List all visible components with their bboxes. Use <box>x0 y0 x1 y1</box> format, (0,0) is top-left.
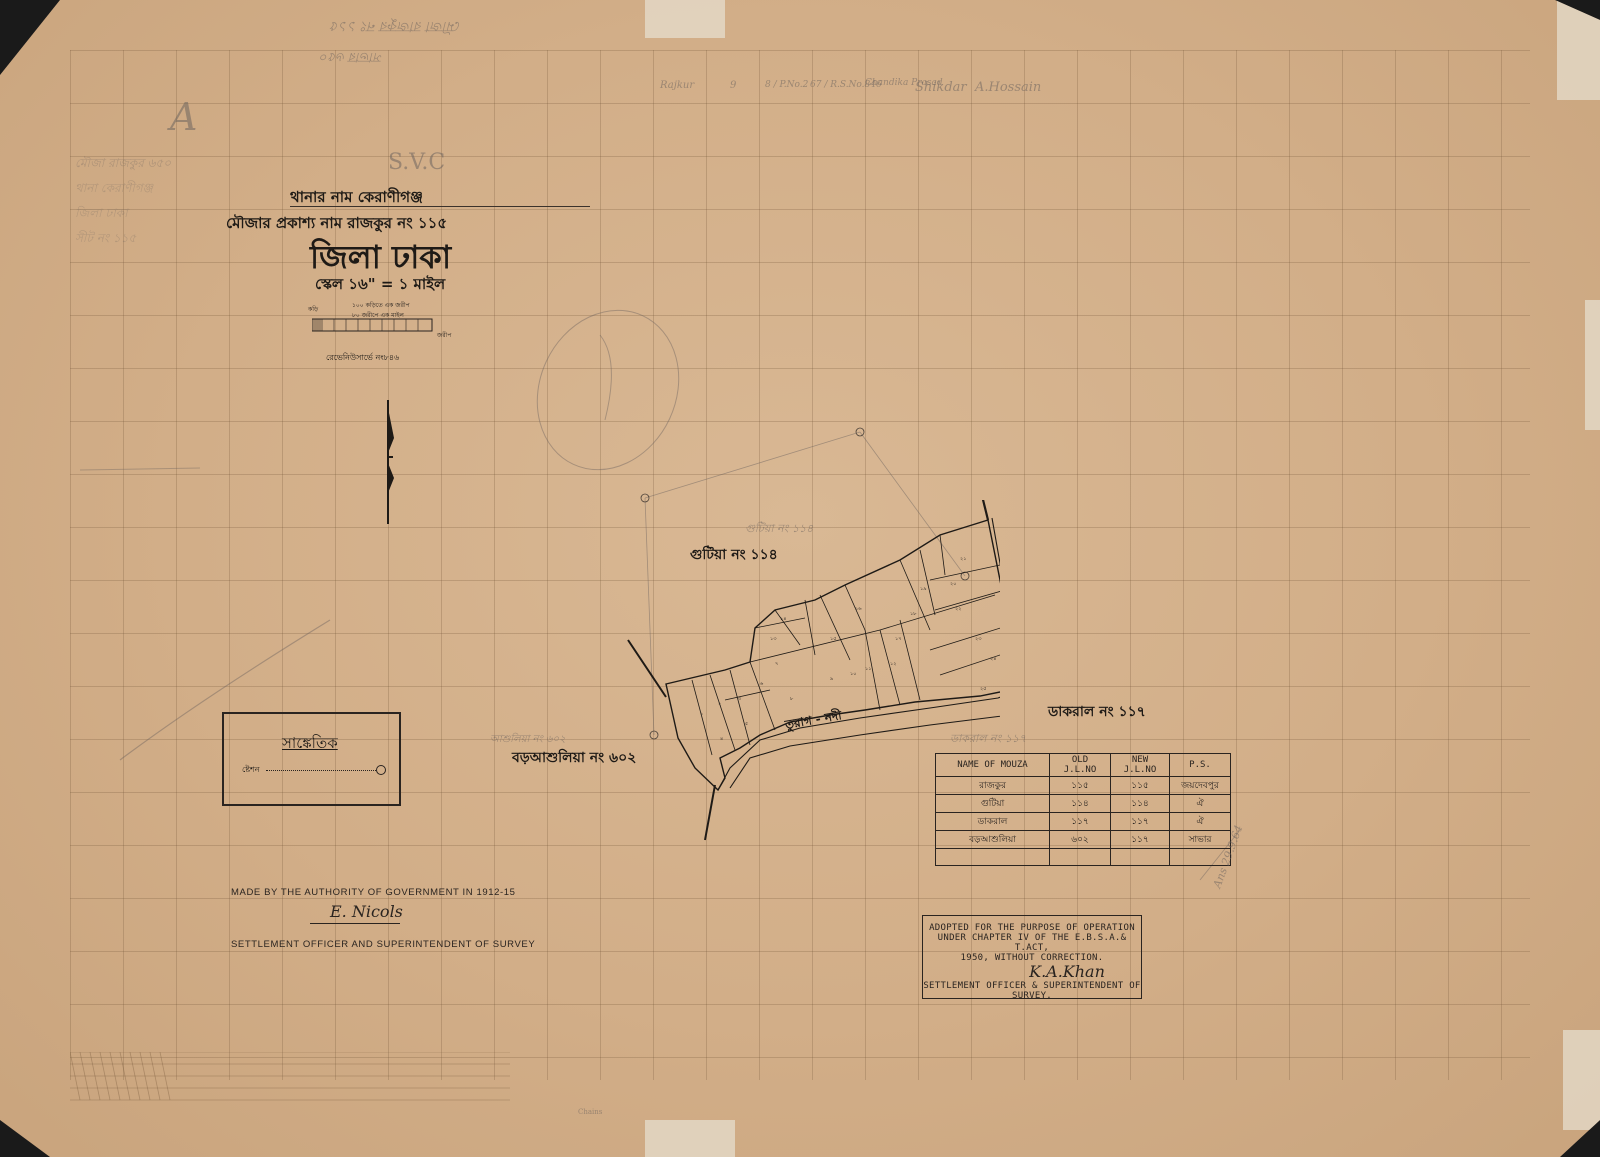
legend-title: সাঙ্কেতিক <box>282 732 338 757</box>
svg-text:৮: ৮ <box>790 696 794 702</box>
svg-text:২৫: ২৫ <box>980 686 987 692</box>
pencil-neighbour-dakral: ডাকরাল নং ১১৭ <box>950 730 1026 749</box>
legend-station-label: ষ্টেশন <box>242 764 260 777</box>
svg-text:২২: ২২ <box>955 606 962 612</box>
neighbour-label-dakral: ডাকরাল নং ১১৭ <box>1048 700 1146 724</box>
svg-text:৭: ৭ <box>775 661 778 667</box>
col-old-jl-no: OLD J.L.NO <box>1050 754 1111 777</box>
made-by-authority: MADE BY THE AUTHORITY OF GOVERNMENT IN 1… <box>231 887 516 898</box>
table-row: ডাকরাল ১১৭ ১১৭ ঐ <box>936 813 1231 831</box>
signature-underline <box>310 923 400 924</box>
adopt-officer-1: SETTLEMENT OFFICER & SUPERINTENDENT OF <box>923 981 1141 991</box>
svg-text:১০: ১০ <box>850 671 857 677</box>
adopt-officer-2: SURVEY. <box>923 991 1141 1001</box>
svg-text:৩: ৩ <box>738 696 742 702</box>
svg-text:২৩: ২৩ <box>975 636 982 642</box>
svg-text:৬: ৬ <box>760 681 764 687</box>
svg-text:১৪: ১৪ <box>780 616 787 622</box>
svg-text:২: ২ <box>718 701 721 707</box>
svg-text:১৭: ১৭ <box>895 636 902 642</box>
svg-text:১৬: ১৬ <box>855 606 862 612</box>
svg-text:১৮: ১৮ <box>910 611 917 617</box>
svg-text:১: ১ <box>700 711 703 717</box>
svg-text:৫: ৫ <box>745 721 748 727</box>
svg-text:৯: ৯ <box>830 676 833 682</box>
station-circle-icon <box>376 765 386 775</box>
svg-text:১৫: ১৫ <box>830 636 837 642</box>
adopt-line-2: UNDER CHAPTER IV OF THE E.B.S.A.& T.ACT, <box>923 933 1141 953</box>
neighbour-label-baraashulia: বড়আশুলিয়া নং ৬০২ <box>512 746 636 770</box>
col-name-of-mouza: NAME OF MOUZA <box>936 754 1050 777</box>
pencil-neighbour-ashulia: আশুলিয়া নং ৬০২ <box>490 732 566 749</box>
svg-text:২০: ২০ <box>950 581 957 587</box>
svg-text:১২: ১২ <box>890 661 897 667</box>
table-row: রাজকুর ১১৫ ১১৫ জয়দেবপুর <box>936 777 1231 795</box>
mouza-table: NAME OF MOUZA OLD J.L.NO NEW J.L.NO P.S.… <box>935 753 1231 866</box>
bottom-diagonal-scale <box>70 1052 510 1112</box>
adoption-stamp: ADOPTED FOR THE PURPOSE OF OPERATION UND… <box>922 915 1142 999</box>
svg-text:২৪: ২৪ <box>990 656 997 662</box>
authority-signature: E. Nicols <box>330 902 403 921</box>
col-new-jl-no: NEW J.L.NO <box>1111 754 1170 777</box>
map-sheet: মৌজা রাজকুর নং ১১৫ সাভার ৬৫০ Rajkur 9 8 … <box>0 0 1600 1157</box>
neighbour-label-gutia: গুটিয়া নং ১১৪ <box>690 543 778 567</box>
bottom-scale-label: Chains <box>578 1108 602 1116</box>
legend-box: সাঙ্কেতিক ষ্টেশন <box>222 712 401 806</box>
legend-station-line <box>266 770 376 771</box>
adopt-line-1: ADOPTED FOR THE PURPOSE OF OPERATION <box>923 923 1141 933</box>
adopt-signature: K.A.Khan <box>993 963 1141 981</box>
table-row: বড়আশুলিয়া ৬০২ ১১৭ সাভার <box>936 831 1231 849</box>
svg-text:২১: ২১ <box>960 556 967 562</box>
svg-text:৪: ৪ <box>720 736 723 742</box>
table-row: গুটিয়া ১১৪ ১১৪ ঐ <box>936 795 1231 813</box>
pencil-neighbour-gutia: গুটিয়া নং ১১৪ <box>745 520 813 539</box>
svg-text:১৩: ১৩ <box>770 636 777 642</box>
table-row-empty <box>936 849 1231 866</box>
svg-text:১১: ১১ <box>865 666 872 672</box>
authority-officer: SETTLEMENT OFFICER AND SUPERINTENDENT OF… <box>231 939 535 950</box>
svg-text:১৯: ১৯ <box>920 586 927 592</box>
col-ps: P.S. <box>1170 754 1231 777</box>
